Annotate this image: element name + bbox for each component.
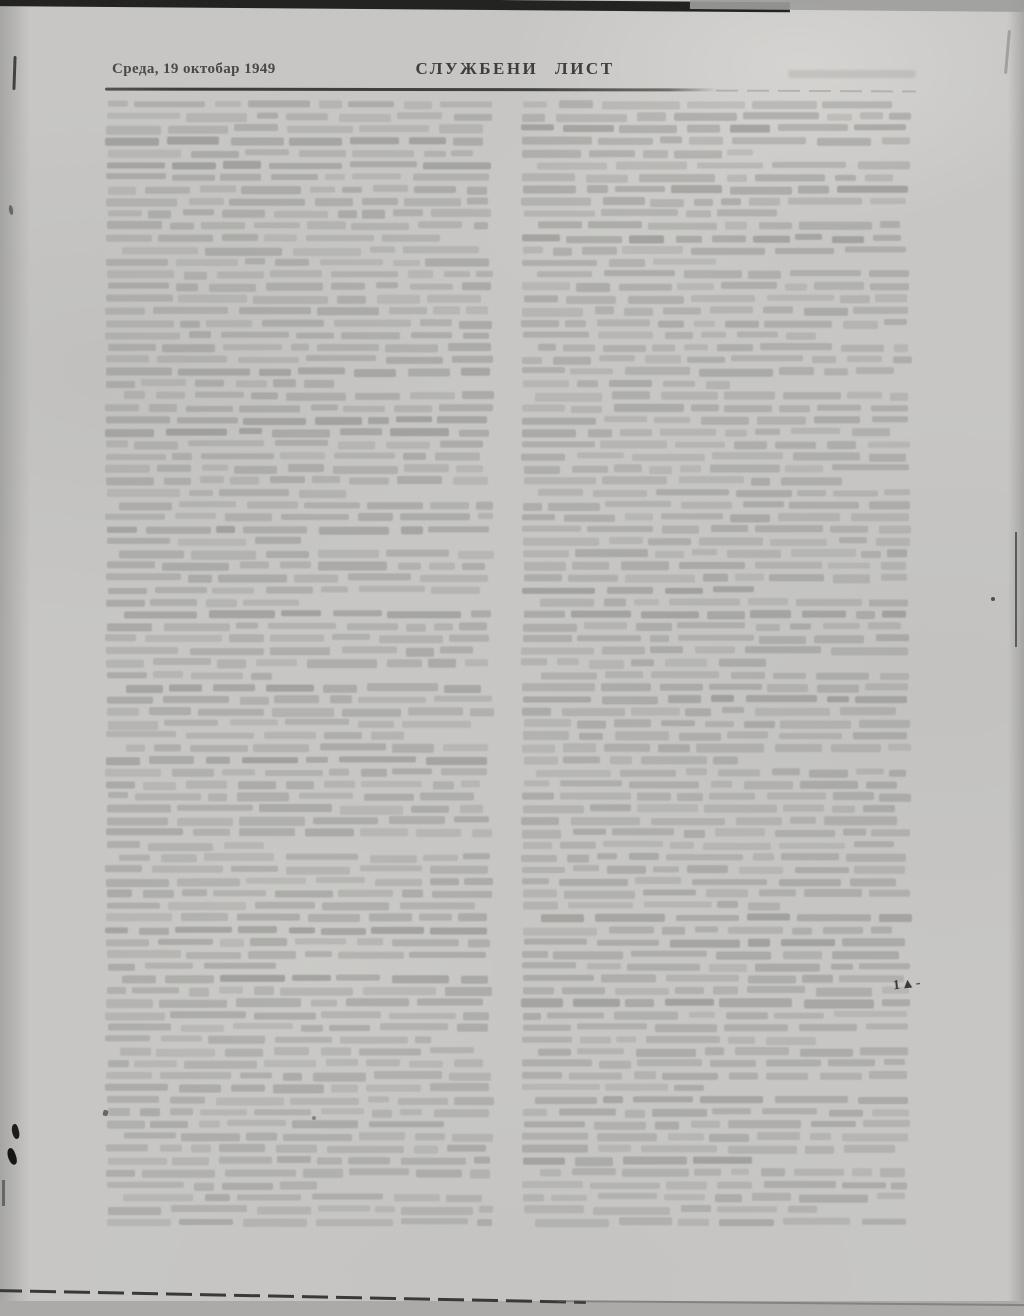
faded-word-blob: [286, 781, 314, 789]
faded-text-line: [105, 307, 499, 314]
faded-word-blob: [106, 914, 172, 921]
faded-word-blob: [219, 987, 243, 994]
faded-word-blob: [563, 344, 594, 352]
faded-word-blob: [662, 1073, 718, 1079]
faded-word-blob: [779, 367, 814, 375]
faded-word-blob: [200, 476, 224, 483]
faded-word-blob: [107, 162, 165, 169]
faded-word-blob: [681, 501, 732, 508]
faded-word-blob: [262, 319, 325, 326]
faded-word-blob: [161, 854, 197, 862]
faded-word-blob: [696, 744, 764, 752]
faded-word-blob: [445, 987, 492, 995]
faded-word-blob: [295, 938, 346, 944]
faded-text-line: [523, 902, 917, 909]
faded-word-blob: [370, 246, 395, 253]
faded-word-blob: [729, 1073, 758, 1079]
faded-word-blob: [107, 950, 181, 958]
faded-word-blob: [233, 1023, 293, 1029]
faded-word-blob: [451, 150, 473, 156]
faded-word-blob: [522, 588, 594, 594]
faded-word-blob: [603, 345, 646, 352]
faded-word-blob: [662, 926, 685, 934]
faded-word-blob: [107, 270, 174, 278]
faded-text-line: [106, 125, 499, 132]
faded-word-blob: [687, 865, 728, 873]
faded-word-blob: [609, 380, 651, 386]
faded-word-blob: [843, 320, 878, 328]
faded-word-blob: [676, 235, 702, 243]
faded-word-blob: [869, 599, 908, 606]
faded-word-blob: [573, 829, 606, 835]
faded-word-blob: [716, 951, 771, 959]
faded-word-blob: [854, 841, 894, 847]
faded-word-blob: [643, 150, 669, 158]
text-column-left: [105, 101, 499, 1230]
faded-word-blob: [674, 113, 737, 120]
faded-word-blob: [732, 138, 806, 144]
faded-word-blob: [220, 975, 285, 982]
faded-word-blob: [427, 295, 480, 303]
faded-text-line: [119, 502, 499, 509]
faded-word-blob: [290, 1097, 359, 1104]
faded-word-blob: [719, 1219, 775, 1226]
faded-word-blob: [521, 198, 591, 206]
faded-word-blob: [634, 1072, 656, 1080]
faded-word-blob: [679, 477, 744, 483]
faded-word-blob: [541, 672, 596, 679]
faded-word-blob: [598, 1145, 631, 1152]
faded-word-blob: [521, 125, 553, 131]
faded-word-blob: [666, 1181, 707, 1189]
faded-word-blob: [717, 901, 739, 908]
faded-word-blob: [747, 914, 791, 921]
faded-word-blob: [863, 1120, 910, 1127]
faded-word-blob: [577, 381, 598, 388]
faded-word-blob: [106, 574, 181, 580]
faded-word-blob: [209, 284, 256, 292]
faded-word-blob: [536, 770, 611, 777]
faded-word-blob: [727, 175, 747, 182]
faded-word-blob: [572, 562, 609, 569]
faded-word-blob: [594, 1122, 646, 1130]
faded-text-line: [106, 441, 499, 448]
faded-word-blob: [119, 855, 150, 862]
faded-text-line: [524, 465, 917, 472]
faded-word-blob: [831, 964, 853, 970]
faded-word-blob: [321, 586, 348, 592]
faded-text-line: [521, 453, 917, 460]
faded-word-blob: [602, 477, 667, 484]
faded-word-blob: [728, 1120, 801, 1128]
faded-word-blob: [522, 708, 551, 716]
faded-word-blob: [798, 186, 829, 194]
faded-word-blob: [327, 1146, 404, 1153]
faded-word-blob: [331, 1085, 358, 1093]
faded-text-line: [524, 477, 917, 484]
faded-word-blob: [239, 817, 305, 825]
faded-word-blob: [597, 853, 617, 860]
faded-word-blob: [604, 744, 650, 751]
faded-word-blob: [307, 660, 377, 668]
faded-text-line: [522, 951, 917, 958]
faded-word-blob: [615, 732, 669, 740]
faded-word-blob: [433, 307, 460, 314]
faded-word-blob: [718, 769, 760, 776]
faded-word-blob: [522, 793, 554, 800]
faded-word-blob: [273, 380, 296, 388]
faded-word-blob: [348, 101, 394, 107]
faded-text-line: [108, 1024, 499, 1031]
faded-word-blob: [703, 574, 727, 581]
faded-word-blob: [167, 137, 219, 144]
faded-text-line: [106, 368, 499, 375]
faded-text-line: [541, 672, 917, 679]
faded-word-blob: [831, 745, 881, 753]
faded-word-blob: [476, 501, 494, 509]
faded-word-blob: [651, 671, 719, 678]
faded-word-blob: [400, 513, 470, 521]
faded-word-blob: [105, 138, 159, 145]
faded-word-blob: [269, 163, 342, 169]
faded-word-blob: [142, 1170, 215, 1177]
faded-word-blob: [832, 806, 856, 813]
faded-word-blob: [551, 1195, 587, 1201]
faded-text-line: [535, 392, 917, 399]
faded-text-line: [522, 368, 917, 375]
faded-word-blob: [283, 1073, 302, 1081]
faded-word-blob: [293, 248, 361, 256]
faded-word-blob: [264, 732, 316, 739]
faded-word-blob: [224, 842, 264, 850]
faded-word-blob: [833, 490, 879, 496]
faded-word-blob: [205, 247, 282, 255]
faded-word-blob: [315, 198, 353, 206]
faded-word-blob: [461, 368, 491, 376]
faded-word-blob: [348, 1158, 389, 1165]
faded-word-blob: [471, 610, 491, 617]
faded-word-blob: [869, 270, 909, 277]
faded-word-blob: [454, 1059, 483, 1067]
faded-text-line: [536, 769, 917, 776]
faded-word-blob: [172, 768, 213, 776]
faded-word-blob: [359, 586, 425, 592]
faded-word-blob: [170, 223, 194, 229]
faded-word-blob: [208, 793, 227, 801]
faded-word-blob: [404, 101, 432, 109]
faded-word-blob: [816, 672, 869, 680]
faded-word-blob: [106, 599, 145, 606]
faded-word-blob: [722, 707, 743, 713]
faded-word-blob: [523, 331, 589, 337]
faded-word-blob: [522, 1036, 572, 1042]
faded-word-blob: [710, 307, 753, 313]
faded-word-blob: [779, 879, 840, 886]
faded-word-blob: [783, 951, 822, 959]
faded-word-blob: [410, 393, 455, 400]
faded-word-blob: [824, 368, 849, 375]
faded-word-blob: [272, 429, 330, 437]
faded-word-blob: [457, 1023, 487, 1031]
faded-word-blob: [106, 454, 166, 460]
faded-word-blob: [522, 260, 598, 266]
faded-word-blob: [223, 161, 261, 169]
faded-word-blob: [108, 721, 158, 729]
faded-word-blob: [321, 928, 366, 936]
faded-word-blob: [238, 781, 276, 789]
faded-text-line: [523, 101, 917, 108]
faded-word-blob: [216, 526, 235, 533]
faded-word-blob: [573, 865, 599, 871]
faded-word-blob: [770, 539, 827, 546]
faded-text-line: [106, 295, 499, 302]
faded-word-blob: [670, 841, 694, 849]
faded-word-blob: [191, 1145, 211, 1153]
faded-word-blob: [842, 938, 905, 946]
faded-word-blob: [329, 1025, 369, 1032]
faded-word-blob: [577, 1023, 647, 1029]
faded-word-blob: [827, 114, 852, 121]
faded-text-line: [521, 659, 917, 666]
faded-word-blob: [105, 465, 150, 473]
faded-word-blob: [697, 162, 763, 169]
faded-word-blob: [749, 198, 780, 206]
faded-word-blob: [757, 1132, 800, 1140]
faded-text-line: [107, 538, 499, 545]
faded-word-blob: [271, 174, 318, 180]
faded-word-blob: [669, 598, 741, 605]
faded-word-blob: [661, 392, 718, 399]
faded-word-blob: [373, 185, 408, 192]
faded-word-blob: [833, 575, 870, 583]
faded-word-blob: [735, 1047, 790, 1055]
faded-word-blob: [523, 927, 597, 935]
faded-word-blob: [684, 830, 705, 837]
faded-word-blob: [779, 405, 810, 413]
faded-word-blob: [368, 417, 389, 425]
faded-word-blob: [522, 1145, 588, 1153]
faded-word-blob: [443, 745, 487, 752]
faded-word-blob: [208, 1036, 265, 1044]
faded-word-blob: [562, 708, 625, 716]
faded-word-blob: [229, 199, 305, 206]
faded-word-blob: [755, 964, 820, 972]
faded-text-line: [522, 1182, 917, 1189]
faded-word-blob: [744, 721, 775, 728]
faded-word-blob: [177, 878, 240, 886]
faded-word-blob: [852, 428, 890, 436]
faded-word-blob: [145, 635, 222, 641]
faded-word-blob: [359, 125, 429, 131]
faded-word-blob: [752, 1193, 792, 1201]
faded-word-blob: [615, 988, 669, 995]
faded-word-blob: [832, 951, 900, 959]
faded-word-blob: [537, 162, 607, 169]
faded-text-line: [521, 198, 917, 205]
faded-word-blob: [189, 988, 209, 996]
faded-word-blob: [394, 405, 432, 412]
faded-word-blob: [408, 270, 433, 278]
faded-word-blob: [703, 842, 771, 849]
faded-word-blob: [831, 648, 907, 656]
faded-word-blob: [166, 428, 227, 435]
faded-word-blob: [447, 1145, 486, 1152]
faded-word-blob: [835, 175, 856, 181]
faded-word-blob: [319, 527, 389, 535]
faded-word-blob: [274, 211, 328, 217]
faded-word-blob: [547, 1012, 604, 1018]
ink-stain: [2, 1180, 5, 1206]
faded-word-blob: [614, 465, 642, 473]
faded-word-blob: [317, 344, 379, 351]
faded-word-blob: [790, 817, 816, 824]
faded-word-blob: [398, 1097, 448, 1104]
faded-word-blob: [775, 248, 835, 254]
faded-word-blob: [274, 1047, 309, 1055]
faded-text-line: [535, 1097, 917, 1104]
faded-word-blob: [372, 1109, 392, 1117]
faded-word-blob: [403, 453, 426, 460]
faded-word-blob: [823, 623, 861, 629]
faded-word-blob: [665, 588, 704, 595]
faded-word-blob: [182, 889, 207, 896]
faded-word-blob: [677, 622, 745, 628]
faded-word-blob: [748, 903, 780, 910]
faded-word-blob: [804, 1000, 874, 1008]
faded-word-blob: [398, 563, 421, 570]
faded-word-blob: [790, 270, 862, 276]
faded-word-blob: [216, 1097, 284, 1105]
faded-word-blob: [107, 987, 125, 993]
faded-word-blob: [660, 683, 703, 690]
faded-text-line: [522, 235, 917, 242]
faded-word-blob: [774, 1012, 824, 1018]
faded-word-blob: [425, 258, 490, 266]
faded-header-smudge: [788, 70, 916, 78]
faded-word-blob: [296, 332, 334, 338]
faded-word-blob: [616, 1036, 636, 1042]
faded-word-blob: [637, 1059, 702, 1066]
faded-word-blob: [816, 988, 872, 996]
faded-word-blob: [523, 1158, 564, 1164]
faded-word-blob: [323, 685, 357, 693]
faded-word-blob: [332, 634, 370, 640]
faded-word-blob: [150, 1121, 188, 1128]
faded-word-blob: [668, 1133, 704, 1140]
faded-word-blob: [869, 1071, 907, 1079]
faded-text-line: [107, 805, 499, 812]
faded-word-blob: [571, 611, 631, 618]
faded-text-line: [522, 963, 917, 970]
faded-word-blob: [637, 793, 671, 801]
text-column-right: [521, 101, 917, 1230]
faded-word-blob: [889, 770, 906, 778]
faded-word-blob: [704, 805, 777, 813]
faded-word-blob: [562, 987, 605, 994]
faded-word-blob: [106, 416, 170, 423]
faded-word-blob: [522, 137, 593, 144]
faded-word-blob: [691, 1121, 720, 1128]
faded-word-blob: [237, 1194, 301, 1200]
faded-word-blob: [593, 1207, 671, 1215]
faded-word-blob: [289, 138, 342, 145]
faded-word-blob: [571, 406, 603, 414]
faded-word-blob: [200, 185, 236, 192]
faded-text-line: [538, 344, 917, 351]
faded-word-blob: [108, 101, 128, 107]
faded-word-blob: [822, 101, 892, 108]
faded-word-blob: [454, 114, 492, 121]
faded-word-blob: [264, 1060, 316, 1067]
faded-word-blob: [548, 503, 599, 511]
faded-text-line: [107, 623, 499, 630]
faded-text-line: [524, 757, 917, 764]
faded-word-blob: [325, 174, 345, 181]
faded-word-blob: [310, 187, 334, 193]
faded-word-blob: [285, 719, 349, 725]
faded-word-blob: [641, 611, 699, 618]
faded-word-blob: [734, 441, 767, 449]
faded-word-blob: [333, 466, 398, 474]
faded-word-blob: [755, 174, 825, 181]
faded-word-blob: [599, 355, 635, 361]
faded-word-blob: [658, 745, 689, 753]
faded-word-blob: [171, 1205, 247, 1212]
faded-word-blob: [755, 525, 823, 532]
faded-word-blob: [255, 902, 315, 909]
faded-word-blob: [444, 271, 471, 277]
faded-word-blob: [705, 721, 735, 727]
faded-word-blob: [221, 331, 289, 338]
faded-word-blob: [612, 829, 673, 836]
faded-word-blob: [377, 295, 420, 303]
faded-word-blob: [358, 513, 393, 521]
faded-word-blob: [653, 258, 716, 264]
faded-word-blob: [351, 223, 409, 230]
faded-word-blob: [601, 975, 656, 983]
faded-word-blob: [522, 1084, 600, 1090]
faded-word-blob: [257, 1206, 311, 1214]
faded-word-blob: [348, 574, 411, 580]
faded-word-blob: [306, 756, 327, 762]
faded-word-blob: [238, 357, 299, 363]
faded-word-blob: [871, 830, 910, 836]
faded-word-blob: [701, 331, 726, 337]
faded-word-blob: [871, 926, 891, 934]
faded-word-blob: [577, 635, 640, 641]
faded-text-line: [521, 647, 917, 654]
faded-word-blob: [524, 478, 596, 485]
faded-word-blob: [684, 270, 742, 278]
faded-word-blob: [679, 562, 745, 568]
faded-word-blob: [168, 126, 228, 134]
faded-word-blob: [434, 1109, 489, 1117]
faded-word-blob: [456, 466, 483, 472]
faded-word-blob: [795, 233, 822, 240]
faded-word-blob: [349, 1169, 409, 1175]
faded-word-blob: [404, 198, 460, 206]
faded-text-line: [522, 708, 917, 715]
faded-word-blob: [814, 635, 864, 643]
faded-word-blob: [853, 733, 907, 740]
faded-word-blob: [522, 173, 575, 181]
faded-word-blob: [375, 879, 422, 886]
faded-word-blob: [553, 357, 591, 365]
faded-word-blob: [397, 476, 442, 484]
faded-word-blob: [194, 1182, 214, 1190]
faded-word-blob: [748, 939, 770, 947]
faded-word-blob: [810, 1133, 830, 1140]
